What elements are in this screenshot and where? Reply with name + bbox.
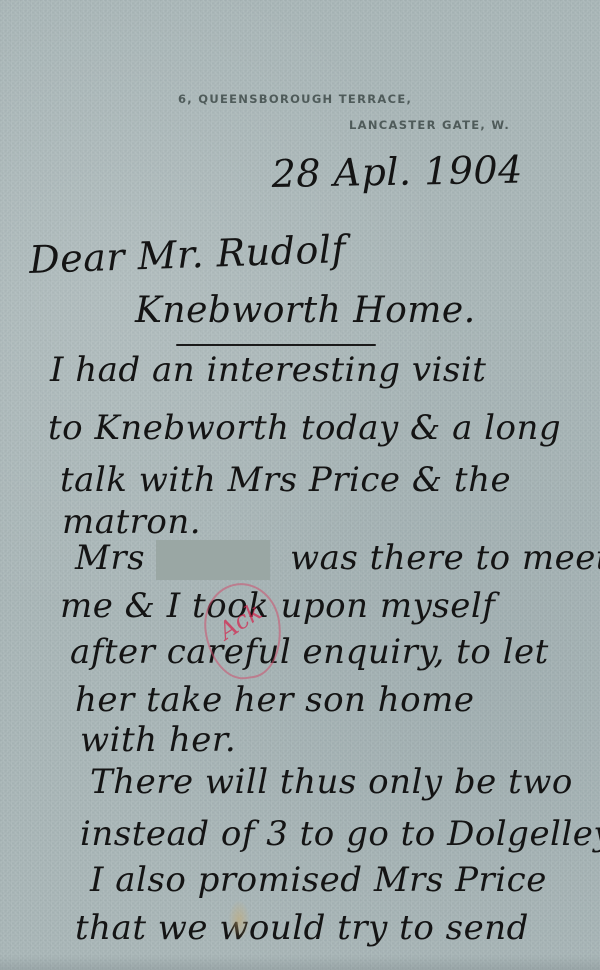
subject-heading: Knebworth Home. [135,290,476,331]
body-line-3: talk with Mrs Price & the [60,460,511,500]
body-line-8: her take her son home [75,680,474,720]
body-line-9: with her. [80,720,236,760]
redacted-name-box [156,540,270,580]
body-line-2: to Knebworth today & a long [48,408,561,448]
letter-page: 6, QUEENSBOROUGH TERRACE, LANCASTER GATE… [0,0,600,970]
letter-date: 28 Apl. 1904 [271,148,523,196]
body-line-4: matron. [62,502,201,542]
body-line-5-end: was there to meet [290,538,600,578]
body-line-13: that we would try to send [75,908,529,948]
body-line-1: I had an interesting visit [50,350,486,390]
paper-stain [228,900,250,940]
subject-underline [176,344,376,346]
salutation: Dear Mr. Rudolf [28,227,346,282]
body-line-12: I also promised Mrs Price [90,860,547,900]
body-line-5-start: Mrs [75,538,145,578]
paper-fold [0,955,600,970]
body-line-7: after careful enquiry, to let [70,632,549,672]
stamp-text: Ack [214,597,267,645]
body-line-11: instead of 3 to go to Dolgelley. [80,814,600,854]
letterhead-address-line2: LANCASTER GATE, W. [349,118,510,132]
body-line-10: There will thus only be two [90,762,573,802]
letterhead-address-line1: 6, QUEENSBOROUGH TERRACE, [178,92,412,106]
